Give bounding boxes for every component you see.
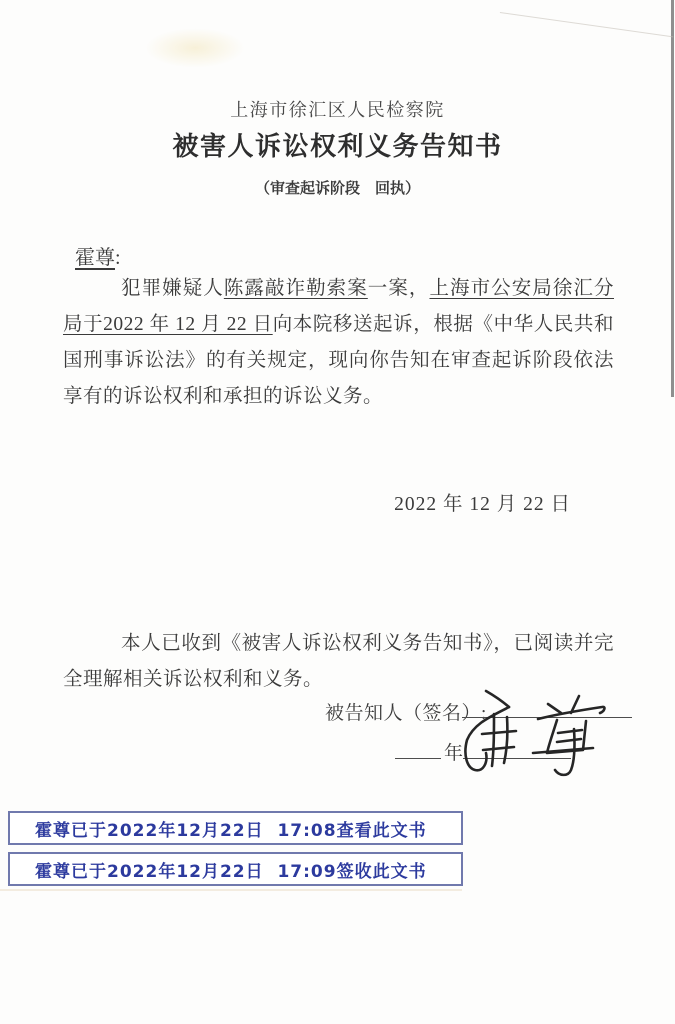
viewed-receipt-text: 霍尊已于2022年12月22日 17:08查看此文书 — [35, 816, 427, 841]
issuing-org-name: 上海市徐汇区人民检察院 — [0, 96, 675, 122]
addressee-colon: : — [115, 247, 121, 269]
document-page: 上海市徐汇区人民检察院 被害人诉讼权利义务告知书 （审查起诉阶段 回执） 霍尊:… — [0, 0, 675, 1024]
body-segment: 犯罪嫌疑人 — [121, 278, 224, 299]
addressee-line: 霍尊: — [75, 241, 121, 270]
issue-date: 2022 年 12 月 22 日 — [394, 488, 571, 516]
viewed-receipt-stamp: 霍尊已于2022年12月22日 17:08查看此文书 — [8, 811, 463, 845]
body-segment: 一案， — [368, 278, 430, 299]
document-title: 被害人诉讼权利义务告知书 — [0, 126, 675, 163]
scan-crease-line — [500, 12, 673, 37]
notification-paragraph: 犯罪嫌疑人陈露敲诈勒索案一案，上海市公安局徐汇分局于2022 年 12 月 22… — [63, 271, 614, 415]
signed-receipt-text: 霍尊已于2022年12月22日 17:09签收此文书 — [35, 857, 427, 882]
scan-smudge — [145, 28, 245, 68]
scan-bottom-artifact — [0, 889, 462, 891]
document-subtitle: （审查起诉阶段 回执） — [0, 177, 675, 198]
handwritten-signature — [430, 663, 630, 783]
addressee-name: 霍尊 — [75, 247, 115, 269]
case-name: 陈露敲诈勒索案 — [224, 278, 368, 299]
scan-edge-line — [671, 0, 674, 397]
signed-receipt-stamp: 霍尊已于2022年12月22日 17:09签收此文书 — [8, 852, 463, 886]
